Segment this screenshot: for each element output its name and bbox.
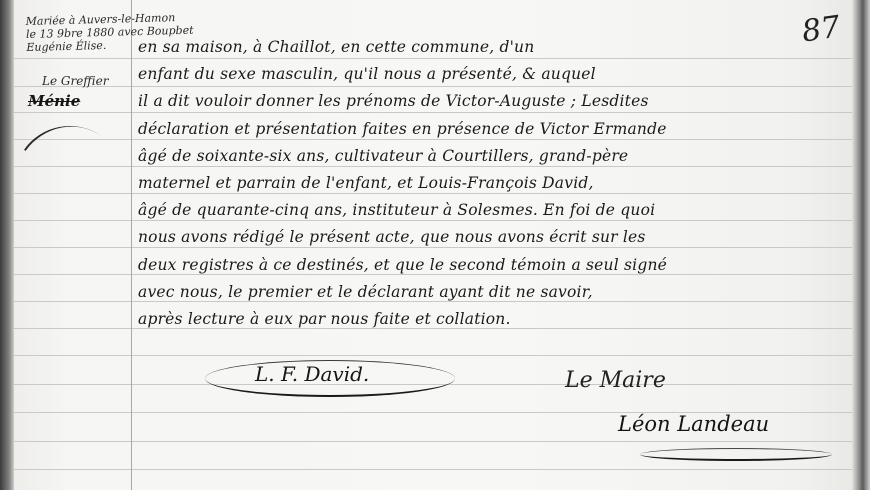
body-line: âgé de soixante-six ans, cultivateur à C… <box>138 143 853 170</box>
witness-signature: L. F. David. <box>255 362 369 386</box>
mayor-signature-flourish-icon <box>640 448 832 461</box>
record-body: en sa maison, à Chaillot, en cette commu… <box>138 34 853 333</box>
right-binding-edge <box>852 0 870 490</box>
body-line: en sa maison, à Chaillot, en cette commu… <box>138 34 853 61</box>
body-line: nous avons rédigé le présent acte, que n… <box>138 224 853 251</box>
body-line: il a dit vouloir donner les prénoms de V… <box>138 88 853 115</box>
body-line: maternel et parrain de l'enfant, et Loui… <box>138 170 853 197</box>
rule-line <box>14 441 852 442</box>
greffier-signature: Ménie <box>28 92 80 110</box>
body-line: deux registres à ce destinés, et que le … <box>138 252 853 279</box>
mayor-title: Le Maire <box>565 368 666 393</box>
greffier-label: Le Greffier <box>42 74 109 88</box>
body-line: avec nous, le premier et le déclarant ay… <box>138 279 853 306</box>
rule-line <box>14 469 852 470</box>
body-line: âgé de quarante-cinq ans, instituteur à … <box>138 197 853 224</box>
mayor-signature: Léon Landeau <box>618 412 769 436</box>
body-line: après lecture à eux par nous faite et co… <box>138 306 853 333</box>
rule-line <box>14 355 852 356</box>
margin-separator <box>131 0 132 490</box>
left-binding-edge <box>0 0 14 490</box>
document-page: Mariée à Auvers-le-Hamon le 13 9bre 1880… <box>0 0 870 490</box>
body-line: enfant du sexe masculin, qu'il nous a pr… <box>138 61 853 88</box>
body-line: déclaration et présentation faites en pr… <box>138 116 853 143</box>
